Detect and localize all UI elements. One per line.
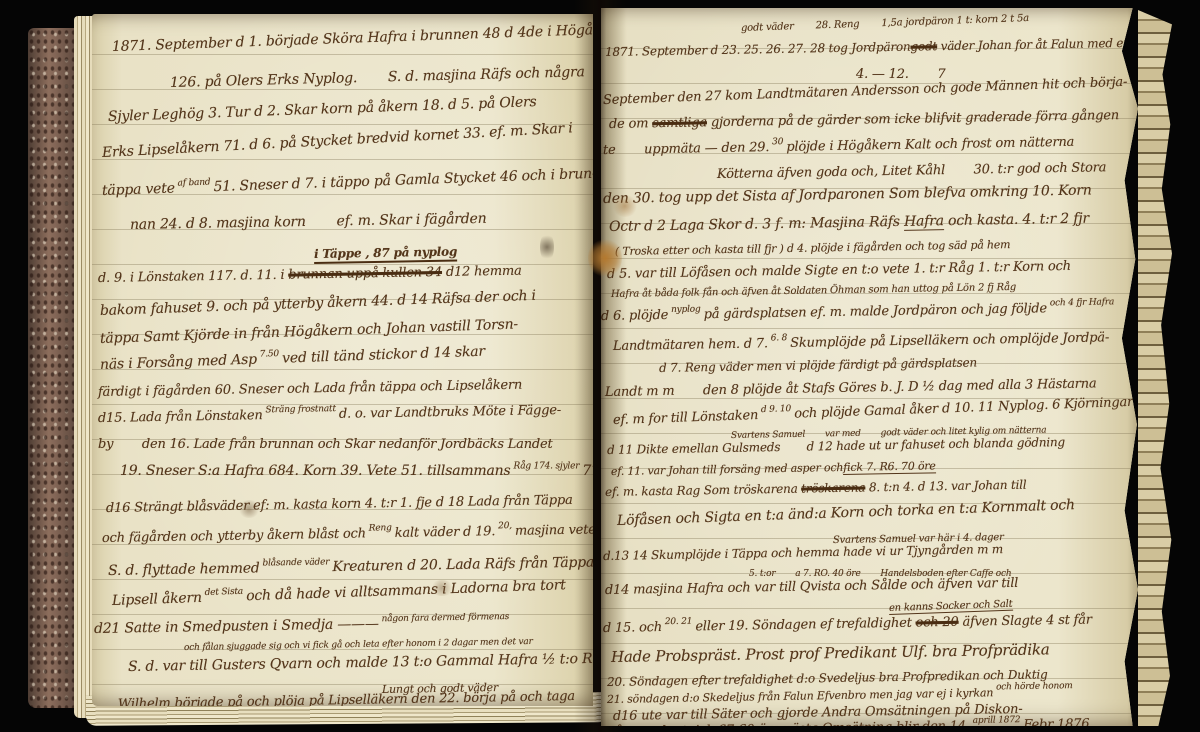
handwritten-line: Octr d 2 Laga Skor d. 3 f. m: Masjina Rä… [609,212,1089,234]
handwritten-line: Erks Lipselåkern 71. d 6. på Stycket bre… [102,121,573,160]
handwritten-line: 1871. September d 23. 25. 26. 27. 28 tog… [605,36,1138,58]
handwritten-line: och fålan sjuggade sig och vi fick gå oc… [184,638,533,653]
handwritten-line: i Täppe , 87 på nyplog [314,246,457,260]
text-segment: ef. m. Skar i fägården [336,211,486,230]
text-segment: d 5. var till Löfåsen och malde Sigte en… [607,259,1071,282]
text-segment: plöjde i Högåkern Kalt och frost om nätt… [786,135,1074,155]
text-segment: 126. på Olers Erks Nyplog. [170,70,358,91]
interlinear-note: 30 [772,138,783,147]
handwritten-line: Lipsell åkerndet Sistaoch då hade vi all… [112,578,566,608]
text-segment: d. o. var [339,406,395,422]
handwritten-line: d. 9. i Lönstaken 117. d. 11. i brunnan … [98,265,522,285]
text-segment: 4. — 12. [856,67,909,82]
interlinear-note: det Sista [204,588,243,598]
text-segment: d 11 Dikte emellan Gulsmeds [607,440,780,457]
text-segment: och kasta. 4. t:r 2 fjr [944,211,1089,230]
interlinear-note: 6. 8 [771,334,788,343]
handwritten-line: och fägården och ytterby åkern blåst och… [102,522,593,545]
handwritten-line: 19. Sneser S:a Hafra 684. Korn 39. Vete … [120,464,593,478]
handwritten-line: d 11 Dikte emellan Gulsmedsd 12 hade ut … [607,436,1065,456]
handwritten-line: täppa veteaf band51. Sneser d 7. i täppo… [102,167,593,198]
text-segment: den 16. Lade från brunnan och Skar nedan… [142,437,553,452]
handwritten-line: d 7. Reng väder men vi plöjde färdigt på… [659,356,977,374]
text-segment: bakom fahuset 9. och på ytterby åkern 44… [100,288,536,319]
handwritten-line: Hafra åt båda folk fån och äfven åt Sold… [611,283,1016,300]
handwritten-line: d 15. och20. 21eller 19. Söndagen ef tre… [603,613,1092,635]
text-segment: och fålan sjuggade sig och vi fick gå oc… [184,637,533,653]
text-segment: d15. Lada från Lönstaken [98,408,263,426]
interlinear-note: Reng [369,524,392,533]
text-segment: d14 masjina Hafra och var till Qvista oc… [605,576,1018,598]
text-segment: och plöjde Gamal åker d 10. 11 Nyplog. 6… [794,395,1133,422]
text-segment: nan 24. d 8. masjina korn [130,214,306,233]
interlinear-note: Råg 174. sjyler [513,462,579,471]
text-segment: Sjyler Leghög 3. Tur d 2. Skar korn på å… [108,94,537,125]
interlinear-note: 20. 21 [665,618,693,627]
text-segment: d21 Satte in Smedpusten i Smedja ——— [94,616,379,637]
text-segment: täppa vete [102,180,175,199]
text-segment: Wilhelm började på och plöja på Lipsellä… [118,689,575,706]
handwritten-line: nan 24. d 8. masjina kornef. m. Skar i f… [130,212,487,232]
text-segment: 1,5a jordpäron 1 t: korn 2 t 5a [881,13,1029,29]
text-segment: Erks Lipselåkern 71. d 6. på Stycket bre… [102,120,573,161]
handwritten-line: ef. 11. var Johan till forsäng med asper… [611,460,936,477]
text-segment: 774. Sneser [582,463,593,479]
text-segment [860,26,882,27]
handwritten-line: Kötterna äfven goda och, Litet Kåhl30. t… [717,161,1107,181]
text-segment: Hafra [904,213,944,231]
text-segment: näs i Forsång med Asp [100,352,257,373]
text-segment: och då hade vi alltsammans i Ladorna bra… [246,577,566,604]
handwritten-line: bakom fahuset 9. och på ytterby åkern 44… [100,289,536,318]
handwritten-line: Wilhelm började på och plöja på Lipsellä… [118,690,575,706]
text-segment: masjina vete 4 t:r 4 fjr [515,521,593,538]
handwritten-line: d 6. plöjdenyplogpå gärdsplatsen ef. m. … [601,301,1117,323]
text-segment: d 6. plöjde [601,308,668,324]
handwritten-line: ( Troska etter och kasta till fjr ) d 4.… [615,239,1011,257]
text-segment: eller 19. Söndagen ef trefaldighet [695,616,915,635]
handwritten-line: en kanns Socker och Salt [889,600,1013,614]
interlinear-note: 20, [498,522,512,531]
interlinear-note: Sträng frostnatt [265,405,336,415]
text-segment: den 30. tog upp det Sista af Jordparonen… [603,182,1092,207]
text-segment: Kreaturen d 20. Lada Räfs från Täppa och… [332,553,593,575]
handwritten-line: färdigt i fägården 60. Sneser och Lada f… [98,379,522,399]
text-segment: d. 9. i Lönstaken 117. d. 11. i [98,268,289,286]
text-segment: äfven Slagte 4 st får [958,612,1091,629]
text-segment: 1871. September d 1. började Sköra Hafra… [112,21,593,55]
text-segment: en kanns Socker och Salt [889,599,1013,615]
text-segment: Landt m m [605,384,675,400]
text-segment: te [603,143,616,158]
handwritten-line: Löfåsen och Sigta en t:a änd:a Korn och … [617,498,1075,528]
handwritten-line: d14 masjina Hafra och var till Qvista oc… [605,577,1018,597]
text-segment: i Täppe , 87 på nyplog [314,245,457,264]
handwritten-line: Sjyler Leghög 3. Tur d 2. Skar korn på å… [108,95,537,124]
text-segment: d12 hemma [442,264,522,280]
text-segment: ( Troska etter och kasta till fjr ) d 4.… [615,238,1011,258]
text-segment: Febr 1876 [1023,717,1089,726]
right-page-stack-edges [1138,10,1172,726]
text-segment: d.13 14 Skumplöjde i Täppa och hemma had… [603,542,1003,563]
text-segment: Landtbruks Möte i Fägge- [395,403,561,421]
text-segment: fick 7. R6. 70 öre [843,459,936,475]
text-segment: S. d. masjina Räfs och några [388,64,585,85]
text-segment: ved till tänd stickor d 14 skar [282,344,485,367]
interlinear-note: någon fara dermed förmenas [382,613,510,624]
text-segment: ef. m. kasta Rag Som tröskarena [605,482,801,499]
diary-right-page: godt väder28. Reng1,5a jordpäron 1 t: ko… [601,8,1138,726]
handwritten-line: 20. Söndagen efter trefaldighet d:o Sved… [607,668,1048,688]
text-segment: gjorderna på de gärder som icke blifvit … [707,108,1119,130]
text-segment: S. d. flyttade hemmed [108,560,260,579]
text-segment: och fägården och ytterby åkern blåst och [102,526,366,546]
text-segment: 51. Sneser d 7. i täppo på Gamla Stycket… [213,166,593,195]
struck-text: tröskarena [801,480,865,495]
handwritten-line: täppa Samt Kjörde in från Högåkern och J… [100,317,518,346]
text-segment: ef. m for till Lönstaken [613,408,759,428]
handwritten-line: näs i Forsång med Asp7.50ved till tänd s… [100,345,485,372]
text-segment [794,28,816,29]
text-segment: Octr d 2 Laga Skor d. 3 f. m: Masjina Rä… [609,214,904,235]
handwritten-line: den 30. tog upp det Sista af Jordparonen… [603,183,1092,206]
book-marbled-page-edges [28,28,80,708]
text-segment: 8. t:n 4. d 13. var Johan till [865,478,1026,495]
text-segment: 30. t:r god och Stora [973,160,1106,177]
text-segment: de om [609,116,652,132]
text-segment: den 8 plöjde åt Stafs Göres b. J. D ½ da… [703,376,1097,398]
text-segment: väder Johan for åt Falun med ett lass [937,35,1138,53]
text-segment: a 7. RO. 40 öre [795,569,860,579]
handwritten-line: ef. m. kasta Rag Som tröskarena tröskare… [605,479,1027,498]
text-segment: Kötterna äfven goda och, Litet Kåhl [717,163,945,182]
text-segment: Hafra åt båda folk fån och äfven åt Sold… [611,282,1016,300]
text-segment: d16 Strängt blåsväder ef: m. kasta korn … [106,493,573,516]
text-segment: Hade Probspräst. Prost prof Predikant Ul… [611,640,1050,666]
text-segment: godt väder [741,21,794,34]
diary-left-page: 1871. September d 1. började Sköra Hafra… [92,14,593,706]
interlinear-note: af band [177,178,210,188]
interlinear-note: d 9. 10 [761,405,791,415]
handwritten-line: 1871. September d 1. började Sköra Hafra… [112,22,593,54]
handwritten-line: 4. — 12.7 [856,68,945,81]
text-segment: by [98,437,113,452]
interlinear-note: 7.50 [260,350,280,360]
interlinear-note: nyplog [671,306,701,316]
right-page-handwriting: godt väder28. Reng1,5a jordpäron 1 t: ko… [601,8,1138,726]
text-segment: S. d. var till Gusters Qvarn och malde 1… [128,650,593,675]
text-segment: 1871. September d 23. 25. 26. 27. 28 tog… [605,40,911,59]
text-segment: på gärdsplatsen ef. m. malde Jordpäron o… [704,301,1048,322]
handwritten-line: d21 Satte in Smedpusten i Smedja ———någo… [94,615,513,636]
text-segment: uppmäta — den 29. [644,140,769,157]
struck-text: brunnan uppå kullen 34 [288,265,442,283]
text-segment [306,225,337,226]
handwritten-line: 126. på Olers Erks Nyplog.S. d. masjina … [170,65,585,90]
text-segment: Landtmätaren hem. d 7. [613,336,768,354]
text-segment: d 7. Reng väder men vi plöjde färdigt på… [659,355,977,375]
struck-text: samtliga [652,115,707,131]
handwritten-line: godt väder28. Reng1,5a jordpäron 1 t: ko… [741,14,1029,34]
text-segment: 19. Sneser S:a Hafra 684. Korn 39. Vete … [120,463,510,479]
handwritten-line: d 5. var till Löfåsen och malde Sigte en… [607,260,1071,281]
text-segment: täppa Samt Kjörde in från Högåkern och J… [100,316,518,347]
text-segment: d 15. och [603,620,662,636]
handwritten-line: d16 Strängt blåsväder ef: m. kasta korn … [106,494,573,515]
interlinear-note: aprill 1872 [973,716,1021,726]
photograph-of-open-diary: 1871. September d 1. började Sköra Hafra… [0,0,1200,732]
interlinear-note: och hörde honom [996,682,1073,692]
interlinear-note: blåsande väder [262,558,329,568]
text-segment: Skumplöjde på Lipselläkern och omplöjde … [790,330,1109,351]
handwritten-line: byden 16. Lade från brunnan och Skar ned… [98,438,553,451]
handwritten-line: Landtmätaren hem. d 7.6. 8Skumplöjde på … [613,331,1109,353]
text-segment: Löfåsen och Sigta en t:a änd:a Korn och … [617,497,1075,529]
text-segment: 28. Reng [815,19,859,32]
handwritten-line: teuppmäta — den 29.30plöjde i Högåkern K… [603,136,1074,157]
text-segment: 7 [937,67,945,82]
handwritten-line: Landt m mden 8 plöjde åt Stafs Göres b. … [605,377,1097,399]
struck-text: godt [910,39,937,53]
text-segment: 5. t:or [749,569,775,579]
text-segment: kalt väder d 19. [395,524,496,541]
handwritten-line: S. d. flyttade hemmedblåsande väderKreat… [108,554,593,578]
left-page-handwriting: 1871. September d 1. började Sköra Hafra… [92,14,593,706]
handwritten-line: ef. m for till Lönstakend 9. 10och plöjd… [613,396,1133,427]
text-segment: färdigt i fägården 60. Sneser och Lada f… [98,378,522,400]
interlinear-note: och 4 fjr Hafra [1050,298,1114,308]
handwritten-line: Hade Probspräst. Prost prof Predikant Ul… [611,642,1050,665]
handwritten-line: d15. Lada från LönstakenSträng frostnatt… [98,404,561,425]
struck-text: och 20 [915,615,958,631]
handwritten-line: S. d. var till Gusters Qvarn och malde 1… [128,651,593,674]
handwritten-line: d.13 14 Skumplöjde i Täppa och hemma had… [603,543,1003,562]
text-segment: ef. 11. var Johan till forsäng med asper… [611,461,843,478]
handwritten-line: de om samtliga gjorderna på de gärder so… [609,109,1119,131]
text-segment [357,81,388,82]
text-segment: Lipsell åkern [112,590,202,609]
